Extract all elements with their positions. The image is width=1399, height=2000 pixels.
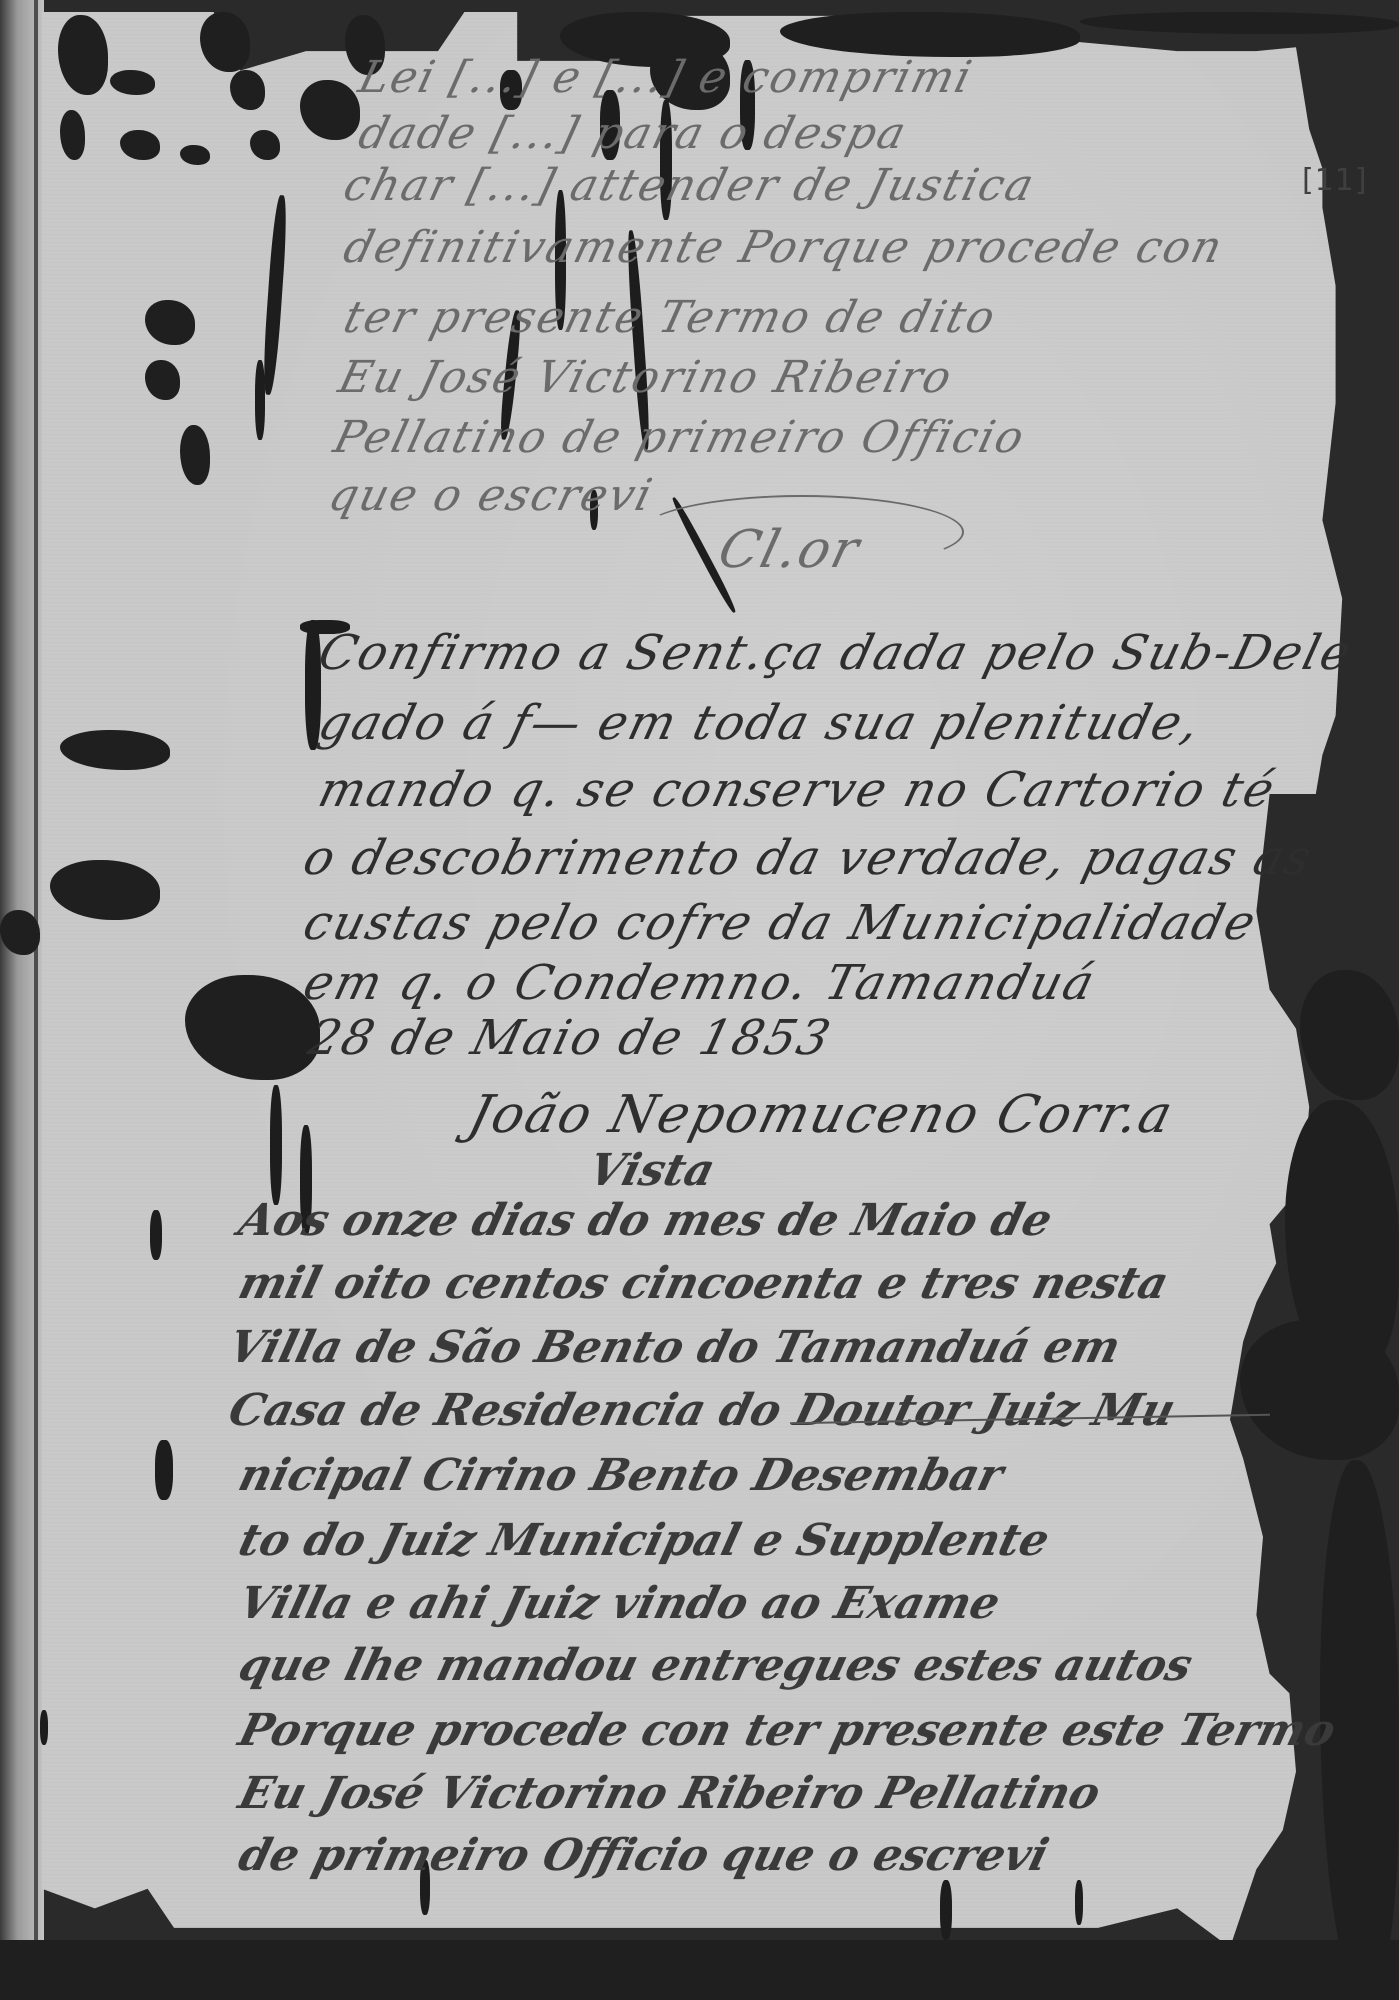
text-line: que lhe mandou entregues estes autos: [234, 1640, 1198, 1691]
text-line: gado á f— em toda sua plenitude,: [313, 695, 1207, 751]
text-line: ter presente Termo de dito: [339, 292, 1002, 343]
text-line: to do Juiz Municipal e Supplente: [234, 1515, 1055, 1566]
text-line: dade [...] para o despa: [354, 108, 913, 159]
text-line: Casa de Residencia do Doutor Juiz Mu: [224, 1385, 1181, 1436]
scanned-document: [11] Lei [...] e [...] e comprimi dade […: [0, 0, 1399, 2000]
folio-number: [11]: [1302, 163, 1368, 198]
text-line: Porque procede con ter presente este Ter…: [234, 1705, 1341, 1756]
text-line: Lei [...] e [...] e comprimi: [354, 52, 979, 103]
decision-date: 28 de Maio de 1853: [303, 1010, 838, 1066]
text-line: de primeiro Officio que o escrevi: [234, 1830, 1054, 1881]
text-line: custas pelo cofre da Municipalidade: [298, 895, 1263, 951]
flourish-stroke: [640, 495, 964, 569]
binding-line: [34, 0, 38, 2000]
judge-signature: João Nepomuceno Corr.a: [463, 1085, 1180, 1145]
record-heading: Vista: [584, 1145, 720, 1196]
text-line: que o escrevi: [324, 470, 659, 521]
text-line: Villa e ahi Juiz vindo ao Exame: [234, 1578, 1005, 1629]
text-line: Aos onze dias do mes de Maio de: [234, 1195, 1058, 1246]
text-line: char [...] attender de Justica: [339, 160, 1041, 211]
text-line: mando q. se conserve no Cartorio té: [313, 762, 1282, 818]
text-line: o descobrimento da verdade, pagas as: [298, 830, 1319, 886]
text-line: nicipal Cirino Bento Desembar: [234, 1450, 1009, 1501]
text-line: Pellatino de primeiro Officio: [329, 412, 1031, 463]
text-line: Villa de São Bento do Tamanduá em: [224, 1322, 1126, 1373]
text-line: Confirmo a Sent.ça dada pelo Sub-Dele: [313, 625, 1359, 681]
text-line: em q. o Condemno. Tamanduá: [298, 955, 1101, 1011]
text-line: Eu José Victorino Ribeiro Pellatino: [234, 1768, 1106, 1819]
text-line: Eu José Victorino Ribeiro: [334, 352, 959, 403]
text-line: mil oito centos cincoenta e tres nesta: [234, 1258, 1174, 1309]
text-line: definitivamente Porque procede con: [339, 222, 1229, 273]
